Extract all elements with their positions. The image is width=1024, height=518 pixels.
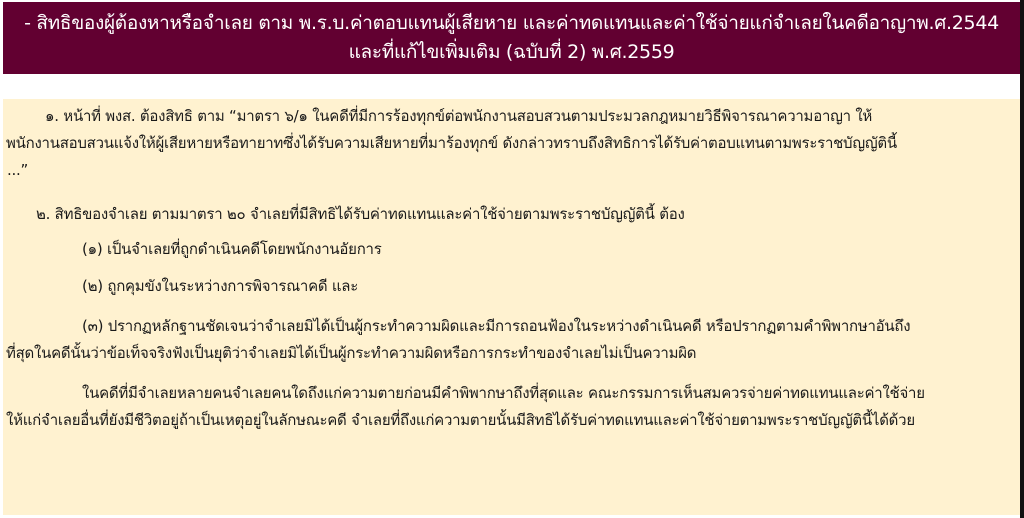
slide-title-line-2: และที่แก้ไขเพิ่มเติม (ฉบับที่ 2) พ.ศ.255… — [3, 38, 1020, 67]
slide-title-banner: - สิทธิของผู้ต้องหาหรือจำเลย ตาม พ.ร.บ.ค… — [3, 2, 1020, 74]
item-2-intro: ๒. สิทธิของจำเลย ตามมาตรา ๒๐ จำเลยที่มีส… — [36, 201, 685, 228]
item-3-line-2: ให้แก่จำเลยอื่นที่ยังมีชีวิตอยู่ถ้าเป็นเ… — [6, 407, 915, 434]
item-1-line-3: ...” — [7, 157, 28, 184]
item-1-line-1: ๑. หน้าที่ พงส. ต้องสิทธิ ตาม “มาตรา ๖/๑… — [45, 103, 872, 130]
item-2-sub-3-line-1: (๓) ปรากฏหลักฐานชัดเจนว่าจำเลยมิได้เป็นผ… — [82, 313, 910, 340]
content-panel: ๑. หน้าที่ พงส. ต้องสิทธิ ตาม “มาตรา ๖/๑… — [3, 99, 1020, 515]
slide-title-line-1: - สิทธิของผู้ต้องหาหรือจำเลย ตาม พ.ร.บ.ค… — [3, 9, 1020, 38]
item-3-line-1: ในคดีที่มีจำเลยหลายคนจำเลยคนใดถึงแก่ความ… — [82, 380, 925, 407]
window-edge — [1020, 0, 1024, 518]
item-2-sub-3-line-2: ที่สุดในคดีนั้นว่าข้อเท็จจริงฟังเป็นยุติ… — [6, 340, 696, 367]
item-2-sub-1: (๑) เป็นจำเลยที่ถูกดำเนินคดีโดยพนักงานอั… — [82, 236, 382, 263]
item-2-sub-2: (๒) ถูกคุมขังในระหว่างการพิจารณาคดี และ — [82, 273, 358, 300]
item-1-line-2: พนักงานสอบสวนแจ้งให้ผู้เสียหายหรือทายาทซ… — [6, 130, 897, 157]
